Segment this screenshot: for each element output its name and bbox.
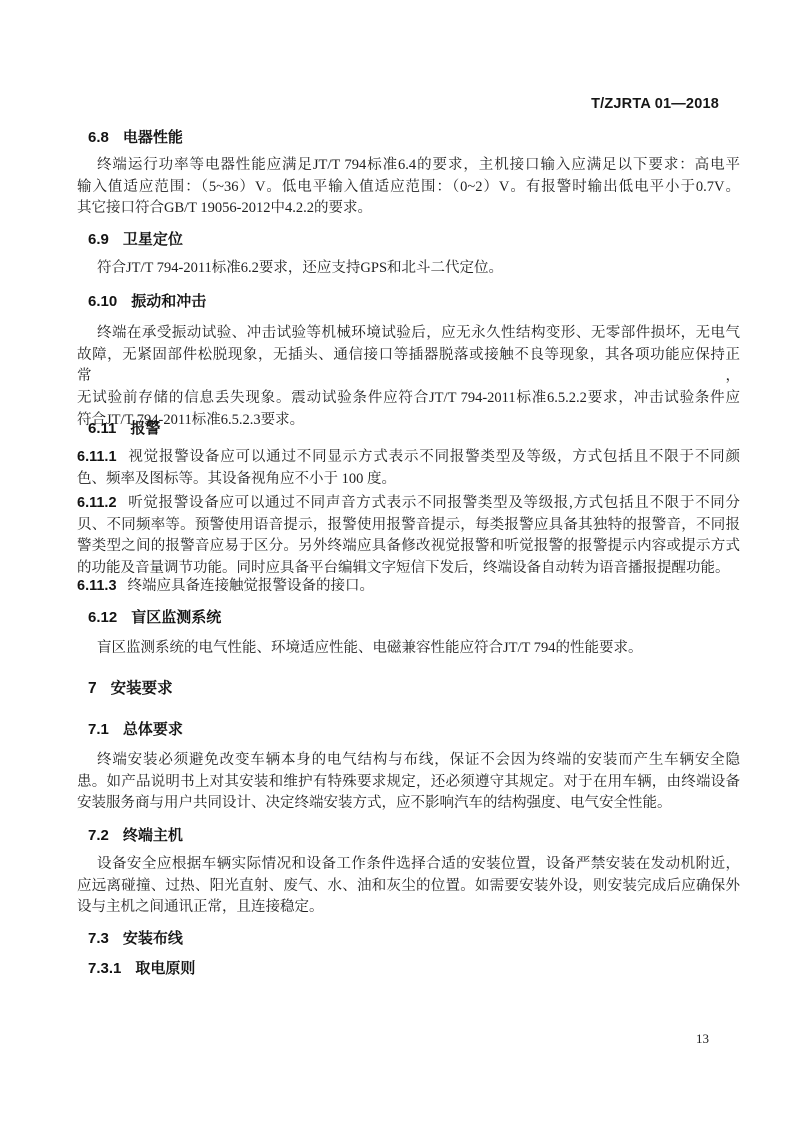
paragraph-line: 应远离碰撞、过热、阳光直射、废气、水、油和灰尘的位置。如需要安装外设，则安装完成…: [77, 876, 740, 898]
paragraph-line: 符合JT/T 794-2011标准6.2要求，还应支持GPS和北斗二代定位。: [77, 258, 740, 280]
body-paragraph: 符合JT/T 794-2011标准6.2要求，还应支持GPS和北斗二代定位。: [77, 258, 740, 280]
section-title: 振动和冲击: [131, 293, 206, 310]
paragraph-line: 6.11.2听觉报警设备应可以通过不同声音方式表示不同报警类型及等级报,方式包括…: [77, 493, 740, 515]
document-page: T/ZJRTA 01—2018 6.8电器性能终端运行功率等电器性能应满足JT/…: [0, 0, 794, 1123]
section-heading-7-3-1: 7.3.1取电原则: [88, 959, 740, 979]
paragraph-line: 设备安全应根据车辆实际情况和设备工作条件选择合适的安装位置，设备严禁安装在发动机…: [77, 854, 740, 876]
section-number: 6.9: [88, 231, 109, 248]
clause-paragraph-6-11-1: 6.11.1视觉报警设备应可以通过不同显示方式表示不同报警类型及等级，方式包括且…: [77, 447, 740, 490]
body-paragraph: 终端运行功率等电器性能应满足JT/T 794标准6.4的要求，主机接口输入应满足…: [77, 155, 740, 220]
clause-number: 6.11.2: [77, 495, 117, 511]
section-number: 7.2: [88, 827, 109, 844]
page-number: 13: [696, 1031, 709, 1047]
paragraph-line: 6.11.3终端应具备连接触觉报警设备的接口。: [77, 576, 740, 598]
section-number: 6.8: [88, 129, 109, 146]
paragraph-line: 安装服务商与用户共同设计、决定终端安装方式，应不影响汽车的结构强度、电气安全性能…: [77, 793, 740, 815]
paragraph-line: 终端安装必须避免改变车辆本身的电气结构与布线，保证不会因为终端的安装而产生车辆安…: [77, 750, 740, 772]
clause-paragraph-6-11-3: 6.11.3终端应具备连接触觉报警设备的接口。: [77, 576, 740, 598]
paragraph-line: 6.11.1视觉报警设备应可以通过不同显示方式表示不同报警类型及等级，方式包括且…: [77, 447, 740, 469]
section-number: 7.3.1: [88, 960, 121, 977]
section-heading-7-1: 7.1总体要求: [88, 720, 740, 740]
paragraph-line: 故障，无紧固部件松脱现象，无插头、通信接口等插器脱落或接触不良等现象，其各项功能…: [77, 345, 740, 388]
section-heading-6-10: 6.10振动和冲击: [88, 292, 740, 312]
section-heading-7-2: 7.2终端主机: [88, 826, 740, 846]
paragraph-line: 终端运行功率等电器性能应满足JT/T 794标准6.4的要求，主机接口输入应满足…: [77, 155, 740, 177]
clause-number: 6.11.1: [77, 449, 117, 465]
section-number: 6.12: [88, 609, 117, 626]
section-title: 安装要求: [111, 680, 173, 697]
body-paragraph: 盲区监测系统的电气性能、环境适应性能、电磁兼容性能应符合JT/T 794的性能要…: [77, 638, 740, 660]
section-title: 取电原则: [135, 960, 195, 977]
paragraph-line: 设与主机之间通讯正常，且连接稳定。: [77, 897, 740, 919]
paragraph-line: 盲区监测系统的电气性能、环境适应性能、电磁兼容性能应符合JT/T 794的性能要…: [77, 638, 740, 660]
section-number: 7.3: [88, 930, 109, 947]
paragraph-line: 其它接口符合GB/T 19056-2012中4.2.2的要求。: [77, 198, 740, 220]
section-heading-6-8: 6.8电器性能: [88, 128, 740, 148]
doc-reference: T/ZJRTA 01—2018: [591, 96, 719, 112]
section-heading-7-3: 7.3安装布线: [88, 929, 740, 949]
section-title: 总体要求: [123, 721, 183, 738]
body-paragraph: 终端在承受振动试验、冲击试验等机械环境试验后，应无永久性结构变形、无零部件损坏，…: [77, 323, 740, 432]
section-title: 报警: [130, 420, 160, 437]
section-title: 电器性能: [123, 129, 183, 146]
clause-number: 6.11.3: [77, 578, 117, 594]
section-number: 7.1: [88, 721, 109, 738]
section-number: 7: [88, 680, 97, 697]
paragraph-line: 患。如产品说明书上对其安装和维护有特殊要求规定，还必须遵守其规定。对于在用车辆，…: [77, 772, 740, 794]
paragraph-line: 无试验前存储的信息丢失现象。震动试验条件应符合JT/T 794-2011标准6.…: [77, 388, 740, 410]
section-heading-6-11: 6.11报警: [88, 419, 740, 439]
section-title: 终端主机: [123, 827, 183, 844]
section-title: 卫星定位: [123, 231, 183, 248]
paragraph-line: 色、频率及图标等。其设备视角应不小于 100 度。: [77, 469, 740, 491]
section-heading-6-9: 6.9卫星定位: [88, 230, 740, 250]
body-paragraph: 终端安装必须避免改变车辆本身的电气结构与布线，保证不会因为终端的安装而产生车辆安…: [77, 750, 740, 815]
section-heading-7: 7安装要求: [88, 679, 740, 699]
paragraph-line: 输入值适应范围：（5~36）V。低电平输入值适应范围：（0~2）V。有报警时输出…: [77, 177, 740, 199]
section-number: 6.10: [88, 293, 117, 310]
section-title: 盲区监测系统: [131, 609, 221, 626]
body-paragraph: 设备安全应根据车辆实际情况和设备工作条件选择合适的安装位置，设备严禁安装在发动机…: [77, 854, 740, 919]
paragraph-line: 贝、不同频率等。预警使用语音提示，报警使用报警音提示，每类报警应具备其独特的报警…: [77, 515, 740, 537]
paragraph-line: 警类型之间的报警音应易于区分。另外终端应具备修改视觉报警和听觉报警的报警提示内容…: [77, 536, 740, 558]
section-title: 安装布线: [123, 930, 183, 947]
paragraph-line: 终端在承受振动试验、冲击试验等机械环境试验后，应无永久性结构变形、无零部件损坏，…: [77, 323, 740, 345]
section-heading-6-12: 6.12盲区监测系统: [88, 608, 740, 628]
clause-paragraph-6-11-2: 6.11.2听觉报警设备应可以通过不同声音方式表示不同报警类型及等级报,方式包括…: [77, 493, 740, 580]
section-number: 6.11: [88, 420, 116, 437]
